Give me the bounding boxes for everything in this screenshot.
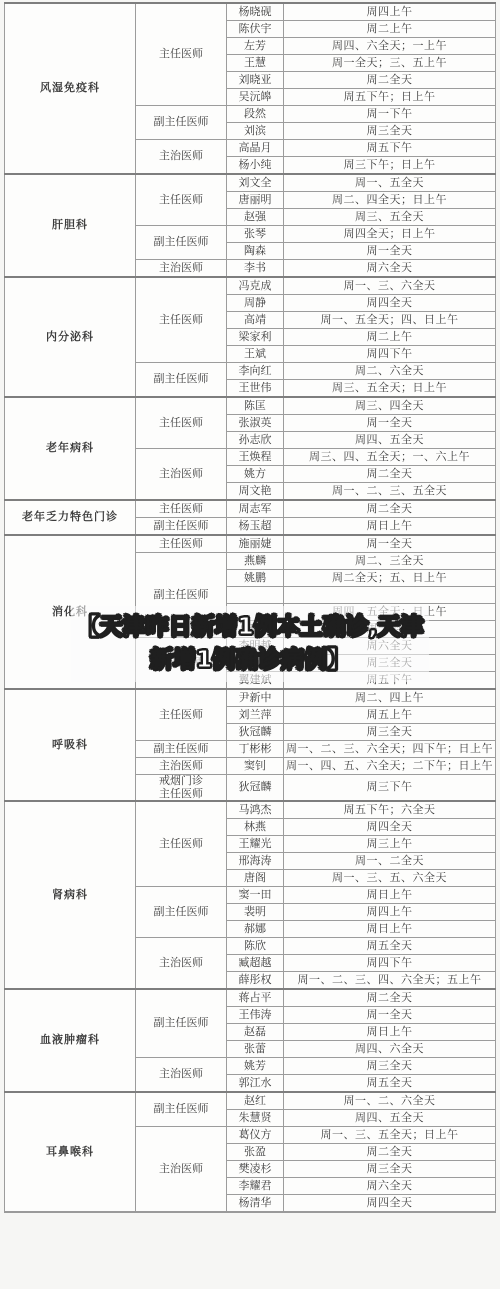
table-row: 老年病科主任医师陈匡周三、四全天 <box>5 397 496 415</box>
doctor-name-cell: 王世伟 <box>227 380 284 398</box>
schedule-cell: 周日上午 <box>284 518 496 536</box>
schedule-cell: 周五全天 <box>284 1075 496 1093</box>
table-row: 内分泌科主任医师冯克成周一、三、六全天 <box>5 277 496 295</box>
doctor-name-cell: 窦一田 <box>227 887 284 904</box>
schedule-cell: 周二全天 <box>284 989 496 1007</box>
schedule-cell: 周一、五全天 <box>284 174 496 192</box>
title-cell: 主任医师 <box>136 397 227 449</box>
doctor-name-cell: 周文艳 <box>227 483 284 501</box>
doctor-name-cell: 林燕 <box>227 819 284 836</box>
schedule-cell: 周四、五全天 <box>284 432 496 449</box>
schedule-cell: 周二、六全天 <box>284 363 496 380</box>
doctor-name-cell: 王慧 <box>227 55 284 72</box>
schedule-cell: 周四全天 <box>284 295 496 312</box>
doctor-name-cell: 姚鹏 <box>227 570 284 587</box>
schedule-cell: 周三全天 <box>284 1058 496 1075</box>
schedule-cell: 周四、六全天；一上午 <box>284 38 496 55</box>
doctor-name-cell: 薛彤权 <box>227 972 284 990</box>
title-cell: 主治医师 <box>136 1127 227 1213</box>
schedule-cell: 周四全天 <box>284 1195 496 1213</box>
schedule-cell: 周二全天；五、日上午 <box>284 570 496 587</box>
doctor-name-cell: 吴沅皞 <box>227 89 284 106</box>
doctor-name-cell: 张盈 <box>227 1144 284 1161</box>
schedule-cell: 周二、四上午 <box>284 689 496 707</box>
table-row: 耳鼻喉科副主任医师赵红周一、二、六全天 <box>5 1092 496 1110</box>
news-banner-text: 【天津昨日新增1例本土确诊,天津新增1例确诊病例】 <box>71 611 429 677</box>
title-cell: 主任医师 <box>136 500 227 518</box>
dept-cell: 老年乏力特色门诊 <box>5 500 136 535</box>
doctor-name-cell: 陈欣 <box>227 938 284 955</box>
table-row: 老年乏力特色门诊主任医师周志军周二全天 <box>5 500 496 518</box>
dept-cell: 风湿免疫科 <box>5 3 136 174</box>
schedule-cell: 周日上午 <box>284 887 496 904</box>
doctor-name-cell: 王斌 <box>227 346 284 363</box>
schedule-cell: 周四全天 <box>284 819 496 836</box>
doctor-name-cell: 燕麟 <box>227 553 284 570</box>
schedule-cell: 周五全天 <box>284 938 496 955</box>
schedule-cell: 周三全天 <box>284 1161 496 1178</box>
doctor-name-cell: 赵磊 <box>227 1024 284 1041</box>
doctor-name-cell: 窦钊 <box>227 758 284 775</box>
schedule-cell: 周三、四、五全天；一、六上午 <box>284 449 496 466</box>
table-row: 风湿免疫科主任医师杨晓砚周四上午 <box>5 3 496 21</box>
title-cell: 副主任医师 <box>136 518 227 536</box>
doctor-name-cell: 杨小纯 <box>227 157 284 175</box>
doctor-name-cell: 刘滨 <box>227 123 284 140</box>
doctor-name-cell: 孙志欣 <box>227 432 284 449</box>
schedule-cell: 周一全天 <box>284 415 496 432</box>
title-cell: 主任医师 <box>136 277 227 363</box>
title-cell: 副主任医师 <box>136 1092 227 1127</box>
table-row: 肝胆科主任医师刘文全周一、五全天 <box>5 174 496 192</box>
doctor-name-cell: 杨晓砚 <box>227 3 284 21</box>
schedule-cell: 周一、三、六全天 <box>284 277 496 295</box>
page: 风湿免疫科主任医师杨晓砚周四上午陈伏宇周二上午左芳周四、六全天；一上午王慧周一全… <box>0 0 500 1289</box>
title-cell: 主治医师 <box>136 758 227 775</box>
schedule-cell: 周一、二全天 <box>284 853 496 870</box>
doctor-name-cell: 杨玉超 <box>227 518 284 536</box>
doctor-name-cell: 周志军 <box>227 500 284 518</box>
doctor-name-cell: 王伟涛 <box>227 1007 284 1024</box>
schedule-cell: 周二全天 <box>284 72 496 89</box>
schedule-cell: 周一全天 <box>284 535 496 553</box>
doctor-name-cell: 张淑英 <box>227 415 284 432</box>
schedule-cell: 周二、三全天 <box>284 553 496 570</box>
schedule-cell: 周四、五全天 <box>284 1110 496 1127</box>
schedule-cell: 周三上午 <box>284 836 496 853</box>
doctor-name-cell: 朱慧贤 <box>227 1110 284 1127</box>
schedule-cell: 周五下午；日上午 <box>284 89 496 106</box>
doctor-name-cell: 陈匡 <box>227 397 284 415</box>
title-cell: 主任医师 <box>136 535 227 553</box>
dept-cell: 肝胆科 <box>5 174 136 277</box>
dept-cell: 血液肿瘤科 <box>5 989 136 1092</box>
doctor-name-cell: 邢海涛 <box>227 853 284 870</box>
schedule-cell: 周五下午；六全天 <box>284 801 496 819</box>
doctor-name-cell: 郭江水 <box>227 1075 284 1093</box>
schedule-cell: 周一、二、三、四、六全天；五上午 <box>284 972 496 990</box>
table-row: 血液肿瘤科副主任医师蒋占平周二全天 <box>5 989 496 1007</box>
doctor-name-cell: 高靖 <box>227 312 284 329</box>
doctor-name-cell: 段然 <box>227 106 284 123</box>
title-cell: 副主任医师 <box>136 106 227 140</box>
doctor-name-cell: 施丽婕 <box>227 535 284 553</box>
doctor-name-cell: 尹新中 <box>227 689 284 707</box>
doctor-name-cell: 葛仪方 <box>227 1127 284 1144</box>
schedule-cell: 周一、三、五全天；日上午 <box>284 1127 496 1144</box>
schedule-cell: 周三下午 <box>284 775 496 802</box>
dept-cell: 肾病科 <box>5 801 136 989</box>
dept-cell: 老年病科 <box>5 397 136 500</box>
title-cell: 副主任医师 <box>136 226 227 260</box>
title-cell: 主任医师 <box>136 801 227 887</box>
schedule-cell: 周一、二、三、六全天；四下午；日上午 <box>284 741 496 758</box>
schedule-cell: 周六全天 <box>284 260 496 278</box>
schedule-cell: 周一全天；三、五上午 <box>284 55 496 72</box>
schedule-cell: 周四、六全天 <box>284 1041 496 1058</box>
doctor-name-cell: 刘文全 <box>227 174 284 192</box>
schedule-cell: 周一下午 <box>284 106 496 123</box>
doctor-name-cell: 马鸿杰 <box>227 801 284 819</box>
doctor-name-cell: 赵强 <box>227 209 284 226</box>
schedule-cell: 周六全天 <box>284 1178 496 1195</box>
doctor-name-cell: 王焕程 <box>227 449 284 466</box>
dept-cell: 内分泌科 <box>5 277 136 397</box>
schedule-cell: 周一全天 <box>284 243 496 260</box>
schedule-cell: 周三全天 <box>284 123 496 140</box>
doctor-name-cell: 周静 <box>227 295 284 312</box>
schedule-cell: 周二全天 <box>284 500 496 518</box>
title-cell: 副主任医师 <box>136 363 227 398</box>
schedule-cell: 周二上午 <box>284 21 496 38</box>
doctor-name-cell: 李书 <box>227 260 284 278</box>
title-cell: 主任医师 <box>136 689 227 741</box>
schedule-cell: 周二上午 <box>284 329 496 346</box>
doctor-name-cell: 唐阁 <box>227 870 284 887</box>
title-cell: 主任医师 <box>136 174 227 226</box>
schedule-cell: 周四全天；日上午 <box>284 226 496 243</box>
table-row: 消化科主任医师施丽婕周一全天 <box>5 535 496 553</box>
doctor-name-cell: 蒋占平 <box>227 989 284 1007</box>
doctor-name-cell: 杨清华 <box>227 1195 284 1213</box>
schedule-cell: 周三全天 <box>284 724 496 741</box>
schedule-cell: 周一全天 <box>284 1007 496 1024</box>
schedule-cell: 周三、五全天 <box>284 209 496 226</box>
title-cell: 主治医师 <box>136 938 227 990</box>
dept-cell: 耳鼻喉科 <box>5 1092 136 1212</box>
schedule-cell: 周一、三、五、六全天 <box>284 870 496 887</box>
doctor-name-cell: 李耀君 <box>227 1178 284 1195</box>
title-cell: 主治医师 <box>136 260 227 278</box>
doctor-name-cell: 唐丽明 <box>227 192 284 209</box>
title-cell: 主任医师 <box>136 3 227 106</box>
doctor-name-cell: 樊凌杉 <box>227 1161 284 1178</box>
schedule-cell: 周一、四、五、六全天；二下午；日上午 <box>284 758 496 775</box>
doctor-name-cell: 张蕾 <box>227 1041 284 1058</box>
schedule-cell: 周二全天 <box>284 466 496 483</box>
dept-cell: 呼吸科 <box>5 689 136 801</box>
doctor-name-cell: 狄冠麟 <box>227 775 284 802</box>
title-cell: 副主任医师 <box>136 887 227 938</box>
schedule-cell: 周三下午；日上午 <box>284 157 496 175</box>
schedule-cell: 周三、四全天 <box>284 397 496 415</box>
title-cell: 戒烟门诊 主任医师 <box>136 775 227 802</box>
doctor-name-cell: 丁彬彬 <box>227 741 284 758</box>
doctor-name-cell: 王耀光 <box>227 836 284 853</box>
schedule-cell: 周四下午 <box>284 955 496 972</box>
doctor-name-cell: 陶森 <box>227 243 284 260</box>
doctor-name-cell: 冯克成 <box>227 277 284 295</box>
schedule-cell: 周一、五全天；四、日上午 <box>284 312 496 329</box>
schedule-cell: 周四上午 <box>284 904 496 921</box>
title-cell: 主治医师 <box>136 449 227 501</box>
title-cell: 副主任医师 <box>136 989 227 1058</box>
schedule-cell: 周五下午 <box>284 140 496 157</box>
doctor-name-cell <box>227 587 284 604</box>
schedule-cell: 周一、二、三、五全天 <box>284 483 496 501</box>
schedule-cell: 周二全天 <box>284 1144 496 1161</box>
schedule-cell: 周一、二、六全天 <box>284 1092 496 1110</box>
title-cell: 主治医师 <box>136 140 227 175</box>
doctor-name-cell: 郝娜 <box>227 921 284 938</box>
schedule-cell: 周日上午 <box>284 921 496 938</box>
doctor-name-cell: 左芳 <box>227 38 284 55</box>
table-row: 肾病科主任医师马鸿杰周五下午；六全天 <box>5 801 496 819</box>
doctor-name-cell: 高晶月 <box>227 140 284 157</box>
schedule-cell <box>284 587 496 604</box>
doctor-name-cell: 刘晓亚 <box>227 72 284 89</box>
doctor-name-cell: 姚芳 <box>227 1058 284 1075</box>
schedule-cell: 周日上午 <box>284 1024 496 1041</box>
schedule-cell: 周三、五全天；日上午 <box>284 380 496 398</box>
news-banner: 【天津昨日新增1例本土确诊,天津新增1例确诊病例】 <box>71 606 429 682</box>
doctor-name-cell: 姚方 <box>227 466 284 483</box>
schedule-cell: 周二、四全天；日上午 <box>284 192 496 209</box>
doctor-name-cell: 梁家利 <box>227 329 284 346</box>
title-cell: 副主任医师 <box>136 741 227 758</box>
doctor-name-cell: 陈伏宇 <box>227 21 284 38</box>
doctor-name-cell: 刘兰萍 <box>227 707 284 724</box>
doctor-name-cell: 裴明 <box>227 904 284 921</box>
schedule-cell: 周四下午 <box>284 346 496 363</box>
doctor-name-cell: 臧超越 <box>227 955 284 972</box>
doctor-name-cell: 李向红 <box>227 363 284 380</box>
doctor-name-cell: 赵红 <box>227 1092 284 1110</box>
title-cell: 主治医师 <box>136 1058 227 1093</box>
table-row: 呼吸科主任医师尹新中周二、四上午 <box>5 689 496 707</box>
schedule-cell: 周五上午 <box>284 707 496 724</box>
doctor-name-cell: 狄冠麟 <box>227 724 284 741</box>
doctor-name-cell: 张琴 <box>227 226 284 243</box>
schedule-cell: 周四上午 <box>284 3 496 21</box>
